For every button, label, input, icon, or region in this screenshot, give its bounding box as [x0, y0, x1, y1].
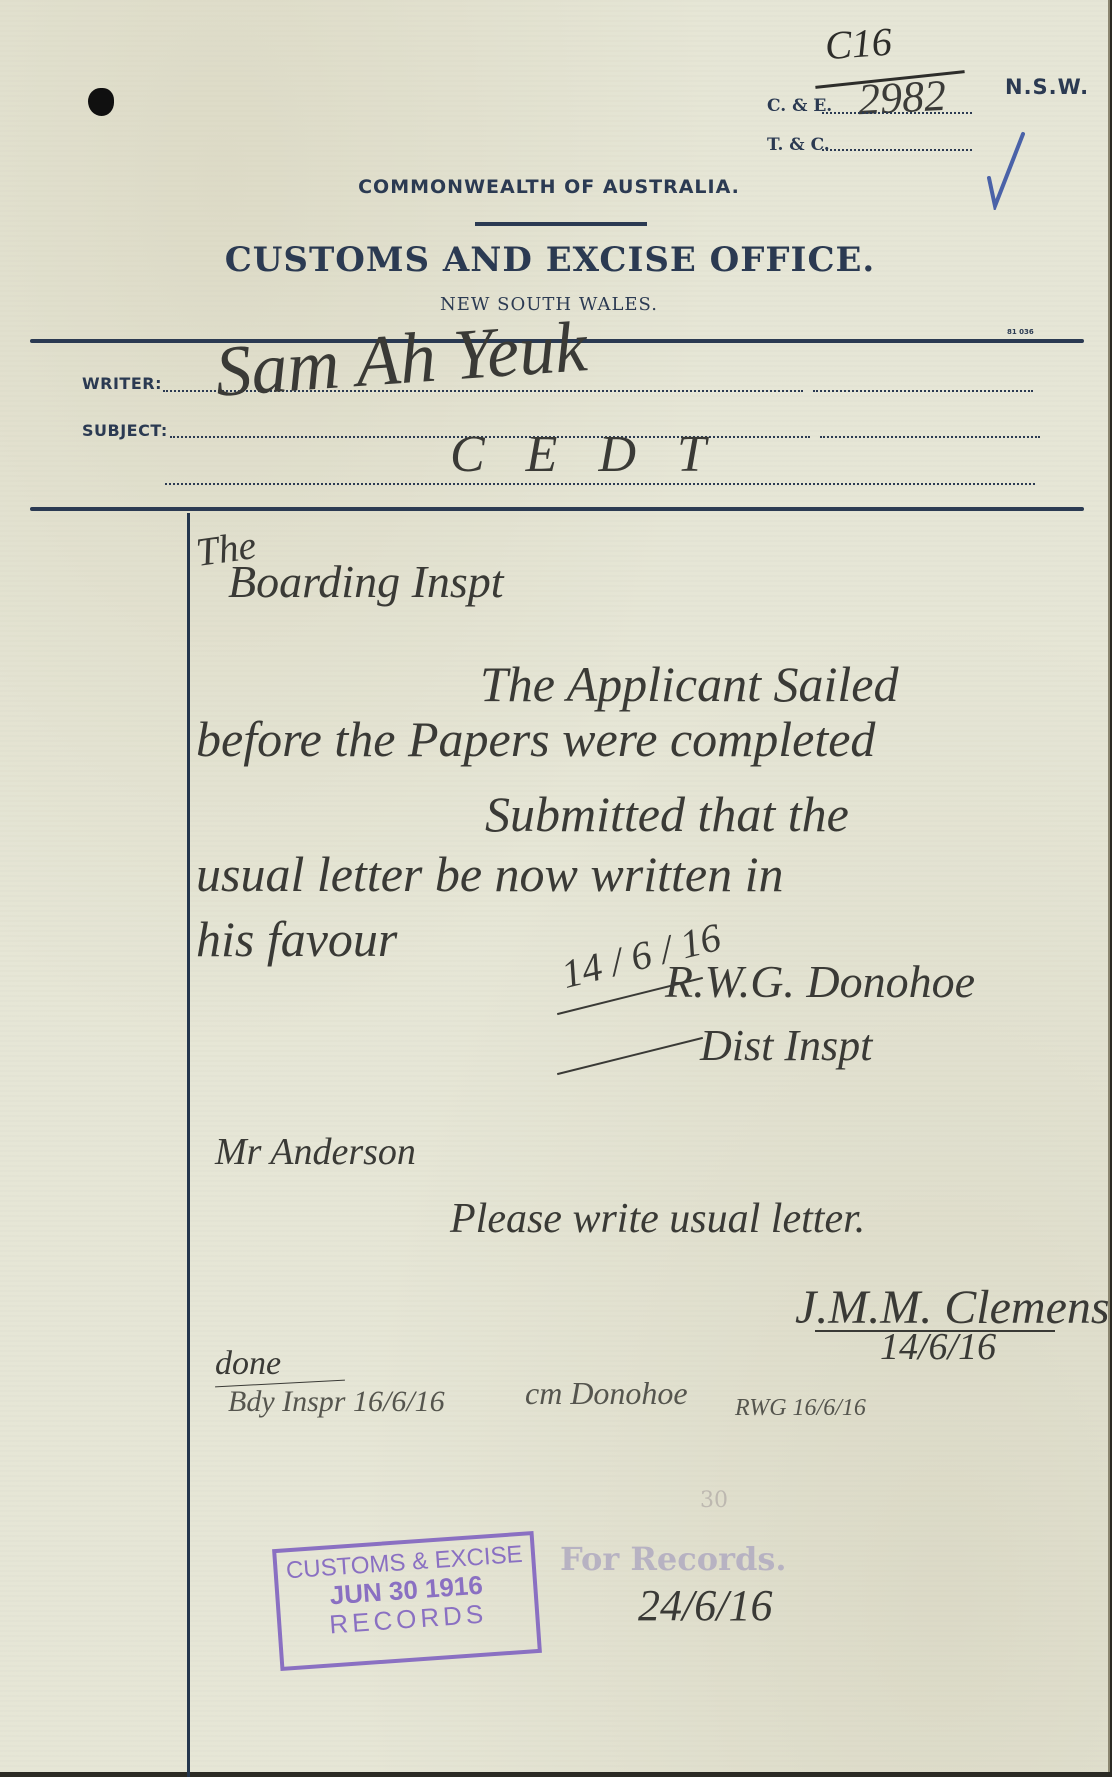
body-line-4: before the Papers were completed: [196, 710, 875, 768]
tc-label: T. & C.: [767, 135, 830, 155]
punch-hole: [88, 88, 114, 116]
body-line-2: Boarding Inspt: [228, 555, 504, 608]
margin-rule: [187, 513, 190, 1777]
bottom-thick-rule: [30, 507, 1084, 511]
signature-donohoe: R.W.G. Donohoe: [665, 955, 975, 1008]
signature-clemens-date: 14/6/16: [880, 1325, 996, 1369]
cc-note: cm Donohoe: [525, 1375, 688, 1412]
writer-label: WRITER:: [82, 374, 162, 393]
done-label: done: [215, 1345, 281, 1383]
file-number-top: C16: [823, 18, 893, 70]
body-line-6: usual letter be now written in: [196, 845, 783, 903]
signature-donohoe-title: Dist Inspt: [700, 1020, 872, 1071]
form-code: 81 036: [1007, 328, 1034, 336]
body-line-5: Submitted that the: [485, 785, 849, 843]
document-page: C16 2982 C. & E. T. & C. N.S.W. COMMONWE…: [0, 0, 1110, 1772]
tc-dotted-line: [822, 149, 972, 151]
header-divider: [475, 222, 647, 226]
writer-value: Sam Ah Yeuk: [213, 305, 590, 414]
ce-dotted-line: [822, 112, 972, 114]
instruction-text: Please write usual letter.: [450, 1195, 865, 1243]
records-stamp: CUSTOMS & EXCISE JUN 30 1916 RECORDS: [272, 1531, 542, 1671]
file-number-bottom: 2982: [857, 70, 948, 126]
body-line-3: The Applicant Sailed: [480, 655, 898, 713]
minute-recipient: Mr Anderson: [215, 1130, 416, 1174]
records-date: 24/6/16: [638, 1580, 772, 1631]
writer-dotted-line-2: [813, 390, 1033, 392]
subject-dotted-line-2: [820, 436, 1040, 438]
done-note: Bdy Inspr 16/6/16: [228, 1385, 445, 1419]
state-code: N.S.W.: [1005, 75, 1089, 99]
fraction-line: [557, 1037, 703, 1075]
body-line-7: his favour: [196, 910, 397, 968]
subject-label: SUBJECT:: [82, 421, 168, 440]
subject-value: C E D T: [450, 425, 720, 484]
office-title: CUSTOMS AND EXCISE OFFICE.: [0, 240, 1106, 280]
checkmark-icon: [985, 130, 1025, 210]
for-records-stamp: For Records.: [560, 1540, 786, 1578]
cc-initials: RWG 16/6/16: [735, 1395, 866, 1422]
faint-mark: 30: [700, 1488, 728, 1513]
commonwealth-heading: COMMONWEALTH OF AUSTRALIA.: [0, 176, 1105, 198]
